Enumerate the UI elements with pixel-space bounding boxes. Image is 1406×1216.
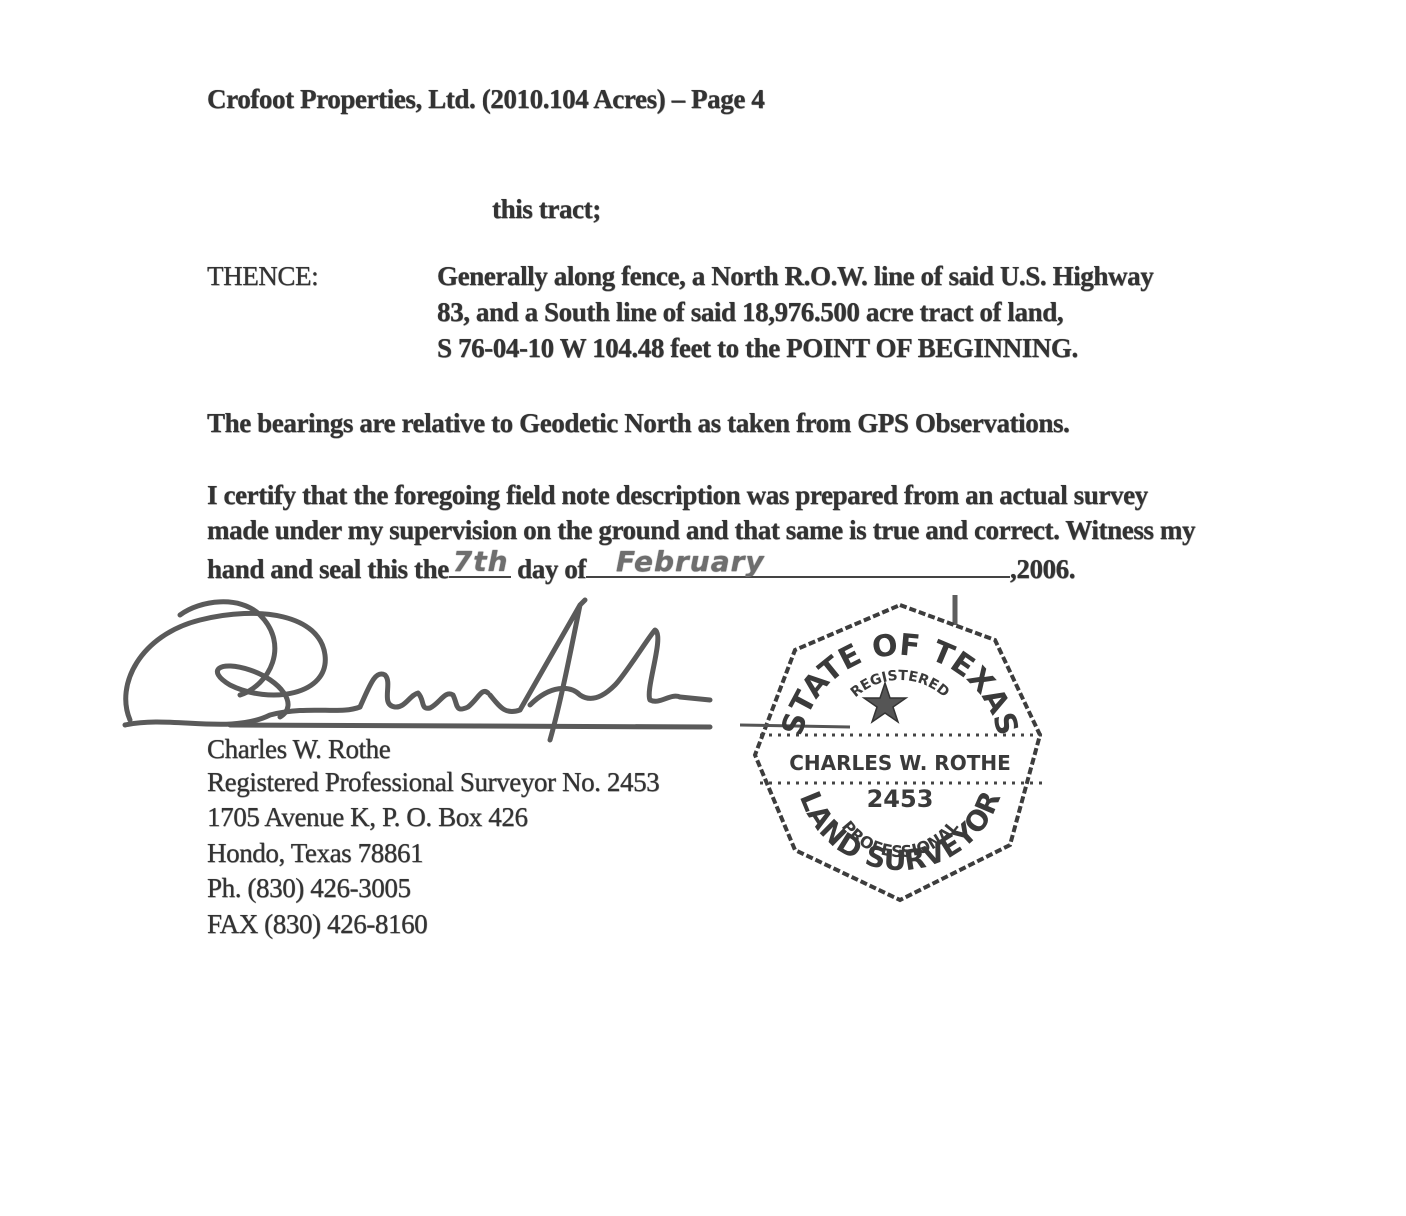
- surveyor-address: 1705 Avenue K, P. O. Box 426: [207, 802, 528, 833]
- handwritten-signature: [110, 575, 750, 750]
- thence-label: THENCE:: [207, 261, 318, 292]
- thence-line: 83, and a South line of said 18,976.500 …: [437, 297, 1063, 328]
- page-header: Crofoot Properties, Ltd. (2010.104 Acres…: [207, 84, 764, 115]
- seal-inner-arc: REGISTERED: [848, 668, 952, 701]
- surveyor-seal: STATE OF TEXAS REGISTERED CHARLES W. ROT…: [740, 595, 1060, 915]
- day-handwritten: 7th: [453, 545, 509, 578]
- certification-line: made under my supervision on the ground …: [207, 515, 1195, 546]
- month-handwritten: February: [616, 545, 765, 578]
- certification-year: ,2006.: [1010, 554, 1075, 584]
- surveyor-city: Hondo, Texas 78861: [207, 838, 423, 869]
- day-field: 7th: [449, 550, 511, 578]
- surveyor-fax: FAX (830) 426-8160: [207, 909, 427, 940]
- seal-name: CHARLES W. ROTHE: [789, 751, 1011, 775]
- surveyor-phone: Ph. (830) 426-3005: [207, 873, 411, 904]
- seal-number: 2453: [867, 785, 934, 813]
- continuation-text: this tract;: [492, 194, 601, 225]
- thence-line: Generally along fence, a North R.O.W. li…: [437, 261, 1153, 292]
- thence-line: S 76-04-10 W 104.48 feet to the POINT OF…: [437, 333, 1078, 364]
- document-page: Crofoot Properties, Ltd. (2010.104 Acres…: [0, 0, 1406, 1216]
- certification-line: I certify that the foregoing field note …: [207, 480, 1148, 511]
- surveyor-title: Registered Professional Surveyor No. 245…: [207, 767, 659, 798]
- surveyor-name: Charles W. Rothe: [207, 734, 390, 765]
- month-field: February: [586, 550, 1010, 578]
- bearings-note: The bearings are relative to Geodetic No…: [207, 408, 1069, 439]
